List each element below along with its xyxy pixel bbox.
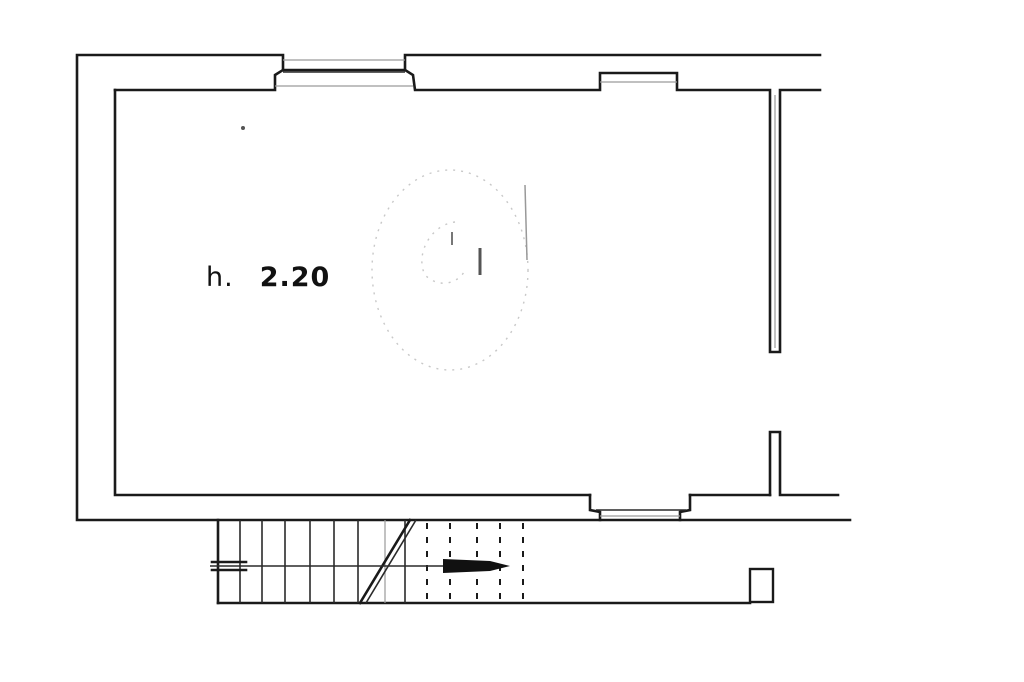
height-value: 2.20 — [260, 262, 331, 293]
floor-plan — [0, 0, 1024, 682]
height-prefix: h. — [206, 262, 234, 293]
outer-wall — [77, 55, 850, 520]
faint-stamp-mark — [241, 126, 528, 370]
room-height-label: h.2.20 — [206, 262, 330, 293]
window-bottom — [590, 495, 690, 520]
pillar — [750, 569, 773, 602]
window-top-left — [275, 60, 413, 86]
right-partition-lower — [690, 432, 838, 495]
